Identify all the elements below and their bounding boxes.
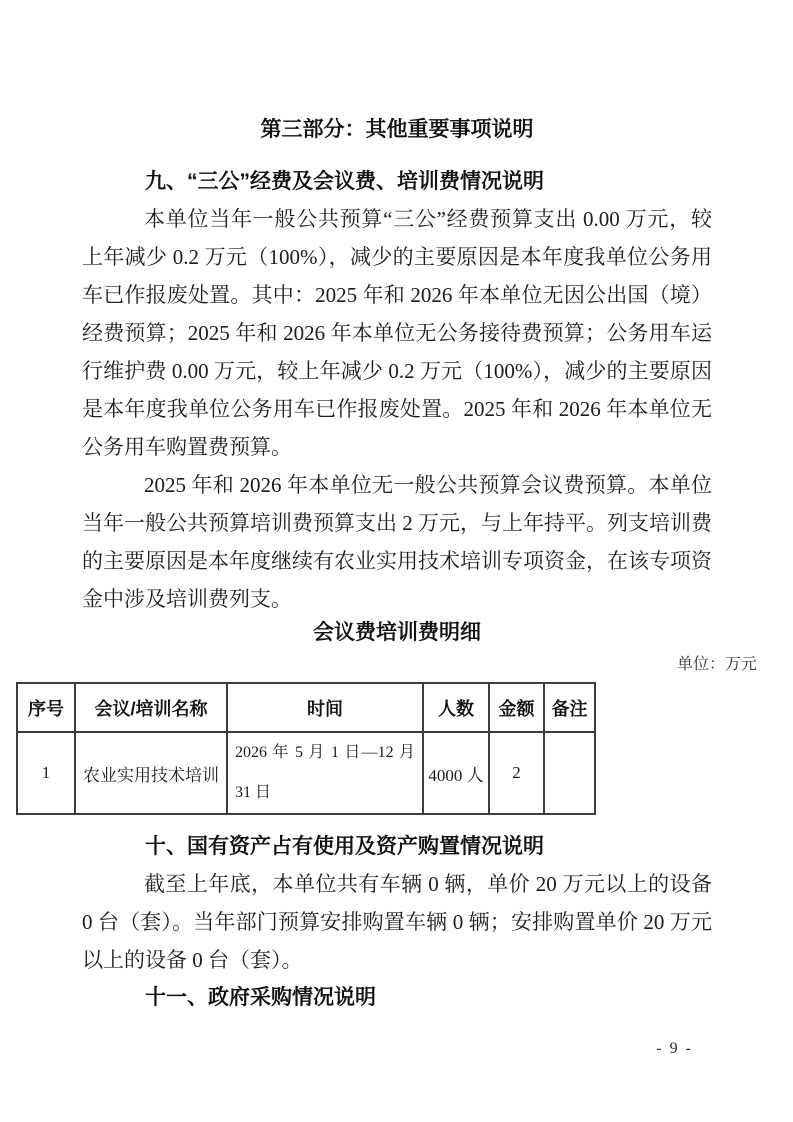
- section-10-heading: 十、国有资产占有使用及资产购置情况说明: [82, 828, 712, 865]
- table-header-time: 时间: [227, 683, 423, 732]
- cell-remark: [544, 732, 595, 814]
- page-content: 第三部分：其他重要事项说明 九、“三公”经费及会议费、培训费情况说明 本单位当年…: [0, 116, 793, 648]
- document-title: 第三部分：其他重要事项说明: [82, 116, 712, 144]
- table-header-people: 人数: [423, 683, 489, 732]
- table-header-row: 序号 会议/培训名称 时间 人数 金额 备注: [17, 683, 595, 732]
- section-9-heading: 九、“三公”经费及会议费、培训费情况说明: [82, 163, 712, 200]
- table-unit-label: 单位：万元: [0, 654, 793, 676]
- table-header-name: 会议/培训名称: [75, 683, 227, 732]
- table-row: 1 农业实用技术培训 2026 年 5 月 1 日—12 月 31 日 4000…: [17, 732, 595, 814]
- meeting-table-title: 会议费培训费明细: [82, 618, 712, 648]
- table-header-remark: 备注: [544, 683, 595, 732]
- section-10-paragraph-1: 截至上年底，本单位共有车辆 0 辆，单价 20 万元以上的设备 0 台（套）。当…: [82, 865, 712, 979]
- cell-amount: 2: [489, 732, 544, 814]
- section-9-paragraph-2: 2025 年和 2026 年本单位无一般公共预算会议费预算。本单位当年一般公共预…: [82, 466, 712, 618]
- cell-index: 1: [17, 732, 75, 814]
- document-page: 第三部分：其他重要事项说明 九、“三公”经费及会议费、培训费情况说明 本单位当年…: [0, 0, 793, 1122]
- cell-name: 农业实用技术培训: [75, 732, 227, 814]
- table-header-amount: 金额: [489, 683, 544, 732]
- cell-people: 4000 人: [423, 732, 489, 814]
- section-11-heading: 十一、政府采购情况说明: [82, 979, 712, 1016]
- cell-time: 2026 年 5 月 1 日—12 月 31 日: [227, 732, 423, 814]
- meeting-training-table: 序号 会议/培训名称 时间 人数 金额 备注 1 农业实用技术培训 2026 年…: [16, 682, 596, 815]
- table-header-index: 序号: [17, 683, 75, 732]
- section-9-paragraph-1: 本单位当年一般公共预算“三公”经费预算支出 0.00 万元，较上年减少 0.2 …: [82, 200, 712, 466]
- page-content-lower: 十、国有资产占有使用及资产购置情况说明 截至上年底，本单位共有车辆 0 辆，单价…: [0, 828, 793, 1016]
- page-number: - 9 -: [656, 1040, 693, 1058]
